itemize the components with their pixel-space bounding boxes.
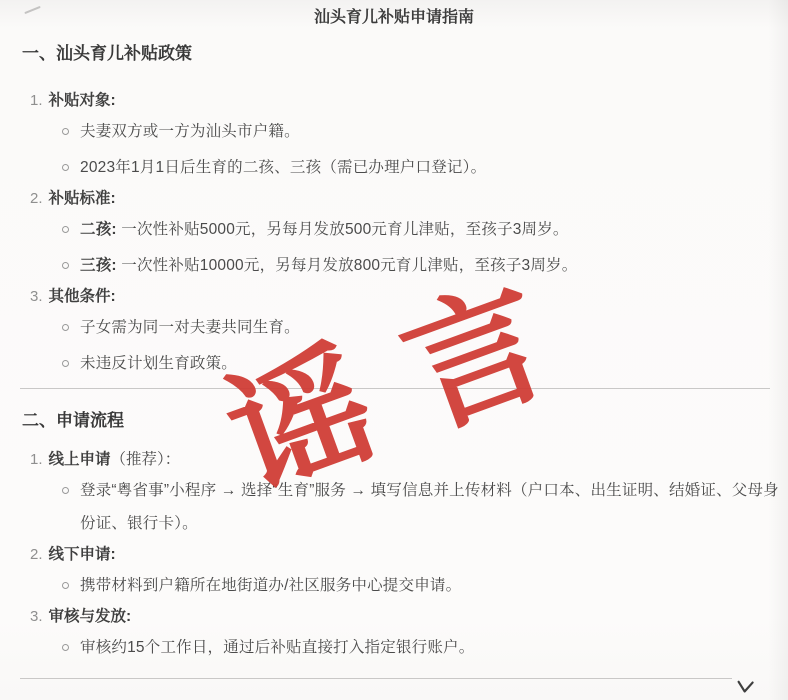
bullet-dot-icon [62,324,69,331]
bullet-dot-icon [62,582,69,589]
bullet-text: 夫妻双方或一方为汕头市户籍。 [80,115,300,148]
page-title: 汕头育儿补贴申请指南 [0,0,788,29]
item-label: 线下申请: [49,546,116,563]
bullet-item: 未违反计划生育政策。 [62,347,788,380]
bullet-text: 2023年1月1日后生育的二孩、三孩（需已办理户口登记）。 [80,151,486,184]
item-label-suffix: （推荐）： [111,451,181,468]
bullet-text: 审核约15个工作日，通过后补贴直接打入指定银行账户。 [80,631,474,664]
bullet-text: 未违反计划生育政策。 [80,347,237,380]
chevron-down-icon[interactable] [734,679,756,697]
list-item: 1.线上申请（推荐）： [30,449,788,471]
bullet-lead: 二孩: [80,221,117,238]
bullet-item: 三孩: 一次性补贴10000元，另每月发放800元育儿津贴，至孩子3周岁。 [62,249,788,282]
bullet-lead: 三孩: [80,257,117,274]
bullet-item: 携带材料到户籍所在地街道办/社区服务中心提交申请。 [62,569,788,602]
item-number: 1. [30,451,43,468]
item-label: 补贴对象: [49,92,116,109]
bullet-text: 二孩: 一次性补贴5000元，另每月发放500元育儿津贴，至孩子3周岁。 [80,213,569,246]
bullet-body: 一次性补贴10000元，另每月发放800元育儿津贴，至孩子3周岁。 [117,257,578,274]
bullet-text: 三孩: 一次性补贴10000元，另每月发放800元育儿津贴，至孩子3周岁。 [80,249,577,282]
bullet-dot-icon [62,262,69,269]
item-label: 补贴标准: [49,190,116,207]
bullet-text: 登录“粤省事”小程序 → 选择“生育”服务 → 填写信息并上传材料（户口本、出生… [80,474,782,540]
section-heading-process: 二、申请流程 [22,409,788,433]
item-label: 线上申请 [49,451,111,468]
section-divider [20,678,732,679]
bullet-item: 子女需为同一对夫妻共同生育。 [62,311,788,344]
list-item: 2.补贴标准: [30,188,788,210]
item-label: 其他条件: [49,288,116,305]
bullet-dot-icon [62,128,69,135]
section-divider [20,388,770,389]
bullet-dot-icon [62,360,69,367]
bullet-item: 登录“粤省事”小程序 → 选择“生育”服务 → 填写信息并上传材料（户口本、出生… [62,474,788,540]
bullet-body: 一次性补贴5000元，另每月发放500元育儿津贴，至孩子3周岁。 [117,221,569,238]
bullet-dot-icon [62,644,69,651]
bullet-dot-icon [62,487,69,494]
bullet-text: 子女需为同一对夫妻共同生育。 [80,311,300,344]
list-item: 2.线下申请: [30,544,788,566]
item-number: 2. [30,190,43,207]
document-page: 汕头育儿补贴申请指南 一、汕头育儿补贴政策 1.补贴对象: 夫妻双方或一方为汕头… [0,0,788,700]
bullet-text: 携带材料到户籍所在地街道办/社区服务中心提交申请。 [80,569,461,602]
item-number: 2. [30,546,43,563]
item-number: 1. [30,92,43,109]
item-number: 3. [30,608,43,625]
list-item: 3.审核与发放: [30,606,788,628]
bullet-dot-icon [62,164,69,171]
bullet-item: 2023年1月1日后生育的二孩、三孩（需已办理户口登记）。 [62,151,788,184]
section-heading-policy: 一、汕头育儿补贴政策 [22,42,788,66]
bullet-item: 夫妻双方或一方为汕头市户籍。 [62,115,788,148]
item-number: 3. [30,288,43,305]
list-item: 1.补贴对象: [30,90,788,112]
bullet-dot-icon [62,226,69,233]
bullet-item: 审核约15个工作日，通过后补贴直接打入指定银行账户。 [62,631,788,664]
bullet-item: 二孩: 一次性补贴5000元，另每月发放500元育儿津贴，至孩子3周岁。 [62,213,788,246]
item-label: 审核与发放: [49,608,132,625]
list-item: 3.其他条件: [30,286,788,308]
